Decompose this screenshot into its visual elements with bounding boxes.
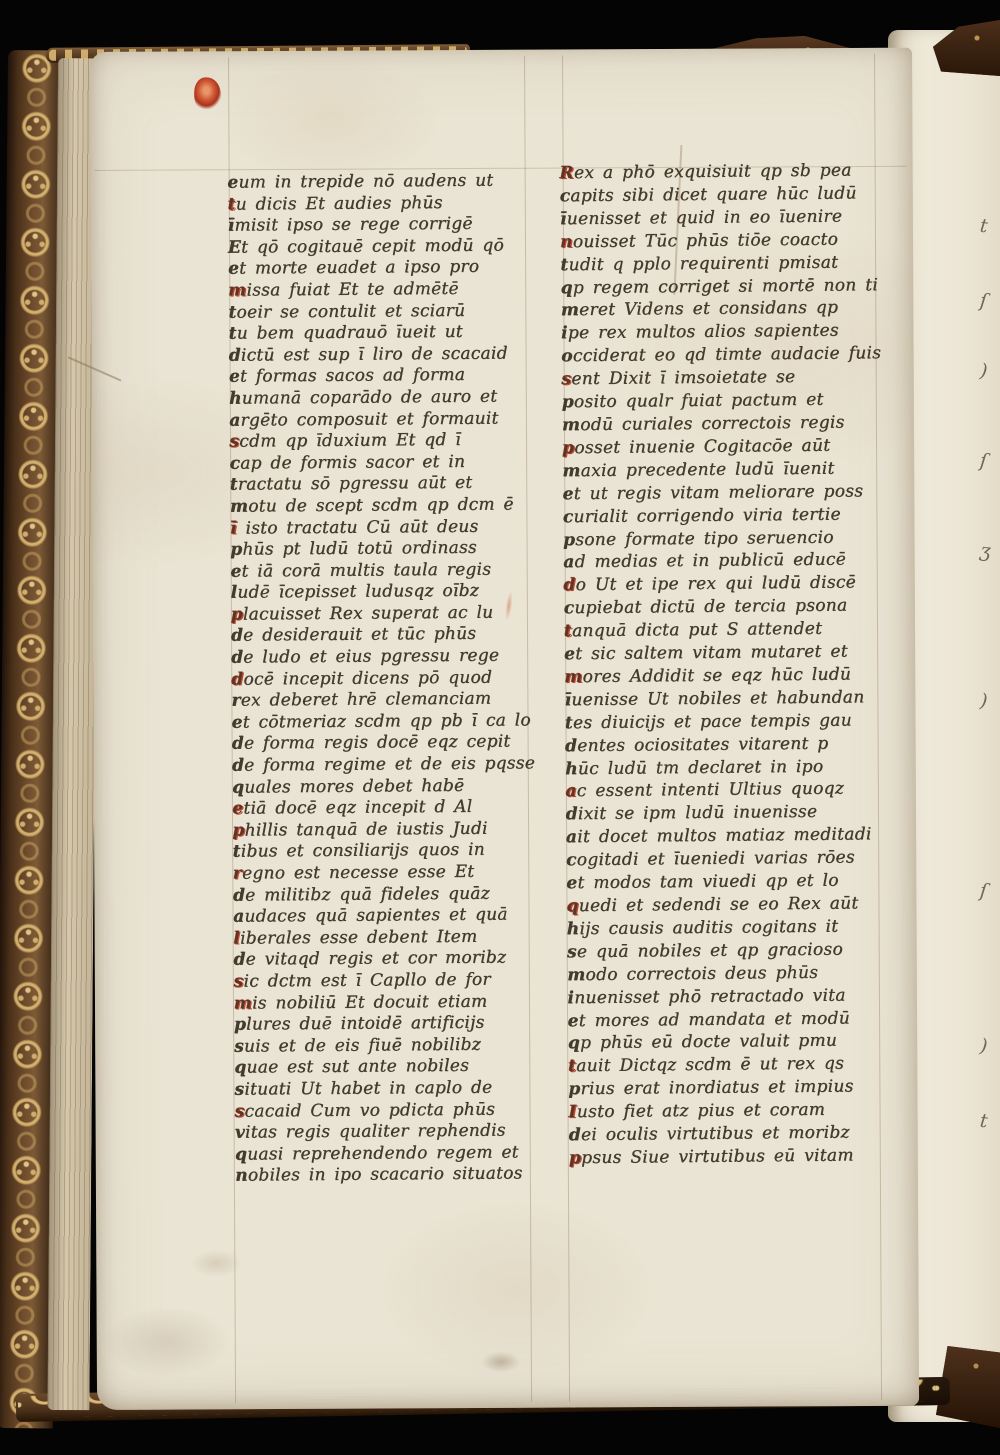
manuscript-text-line: nobiles in ipo scacario situatos <box>235 1164 538 1188</box>
manuscript-text-line: ac essent intenti Ultius quoqz <box>565 778 885 804</box>
line-initial: a <box>566 827 578 847</box>
line-initial: e <box>568 1011 579 1031</box>
manuscript-text-line: et sic saltem vitam mutaret et <box>564 640 884 666</box>
line-initial: a <box>229 410 240 430</box>
manuscript-text-line: et formas sacos ad forma <box>229 365 532 389</box>
rubricated-initial: s <box>229 432 239 452</box>
manuscript-text-line: qp regem corriget si mortē non ti <box>560 274 880 300</box>
line-initial: p <box>563 530 575 550</box>
facing-page-text-fragment: t <box>979 1110 989 1133</box>
manuscript-text-line: et morte euadet a ipso pro <box>228 257 531 281</box>
line-initial: c <box>566 850 577 870</box>
line-initial: p <box>568 1079 580 1099</box>
line-initial: e <box>229 367 240 387</box>
line-initial: d <box>565 736 577 756</box>
manuscript-text-line: quae est sut ante nobiles <box>234 1056 537 1080</box>
manuscript-text-line: de forma regime et de eis pqsse <box>232 753 535 777</box>
line-initial: m <box>562 415 580 435</box>
rubricated-initial: t <box>568 1056 576 1076</box>
manuscript-text-line: tu bem quadrauō īueit ut <box>228 321 531 345</box>
facing-page-text-fragment: ſ <box>979 450 988 473</box>
manuscript-text-line: tanquā dicta put S attendet <box>564 617 884 643</box>
facing-page-text-fragment: ) <box>979 1035 989 1058</box>
rubricated-initial: p <box>232 820 244 840</box>
line-initial: p <box>562 392 574 412</box>
manuscript-text-line: modo correctois deus phūs <box>567 961 887 987</box>
manuscript-text-line: de forma regis docē eqz cepit <box>232 732 535 756</box>
manuscript-text-line: placuisset Rex superat ac lu <box>231 602 534 626</box>
manuscript-text-line: posito qualr fuiat pactum et <box>562 388 882 414</box>
manuscript-text-line: eum in trepide nō audens ut <box>227 170 530 194</box>
manuscript-text-line: maxia precedente ludū īuenit <box>562 457 882 483</box>
rubricated-initial: l <box>233 928 240 948</box>
facing-page-text-fragment: ſ <box>979 880 988 903</box>
line-initial: i <box>561 324 568 344</box>
rubricated-initial: p <box>569 1148 581 1168</box>
text-column-right: Rex a phō exquisiuit qp sb peacapits sib… <box>559 159 889 1170</box>
manuscript-text-line: ppsus Siue virtutibus eū vitam <box>569 1144 889 1170</box>
rubricated-initial: m <box>234 993 252 1013</box>
manuscript-text-line: audaces quā sapientes et quā <box>233 904 536 928</box>
rubricated-initial: q <box>566 896 578 916</box>
rubricated-initial: p <box>562 438 574 458</box>
red-wax-drop <box>194 77 221 112</box>
manuscript-text-line: se quā nobiles et qp gracioso <box>567 938 887 964</box>
facing-page-text-fragment: ſ <box>979 290 988 313</box>
line-initial: q <box>568 1034 580 1054</box>
line-initial: t <box>565 713 573 733</box>
manuscript-text-line: rex deberet hrē clemanciam <box>231 689 534 713</box>
manuscript-text-line: capits sibi dicet quare hūc ludū <box>560 182 880 208</box>
line-initial: ī <box>228 216 235 236</box>
rubricated-initial: p <box>231 604 243 624</box>
line-initial: s <box>567 942 577 962</box>
rubricated-initial: a <box>565 782 577 802</box>
manuscript-text-line: quedi et sedendi se eo Rex aūt <box>566 892 886 918</box>
rubricated-initial: e <box>232 799 243 819</box>
manuscript-text-line: mis nobiliū Et docuit etiam <box>234 991 537 1015</box>
manuscript-text-line: humanā coparādo de auro et <box>229 386 532 410</box>
manuscript-text-line: cap de formis sacor et in <box>230 451 533 475</box>
photograph-of-manuscript: tſ)ſʒ)ſ)t eum in trepide nō audens uttu … <box>0 0 1000 1455</box>
line-initial: i <box>567 988 574 1008</box>
line-initial: t <box>233 842 241 862</box>
manuscript-text-line: do Ut et ipe rex qui ludū discē <box>563 571 883 597</box>
line-initial: e <box>228 259 239 279</box>
line-initial: d <box>566 804 578 824</box>
manuscript-text-line: dei oculis virtutibus et moribz <box>569 1121 889 1147</box>
line-initial: r <box>231 691 240 711</box>
manuscript-text-line: ipe rex multos alios sapientes <box>561 320 881 346</box>
manuscript-text-line: mores Addidit se eqz hūc ludū <box>564 663 884 689</box>
line-initial: a <box>563 553 575 573</box>
manuscript-text-line: īmisit ipso se rege corrigē <box>228 213 531 237</box>
line-initial: h <box>567 919 580 939</box>
manuscript-text-line: ī isto tractatu Cū aūt deus <box>230 516 533 540</box>
manuscript-text-line: de ludo et eius pgressu rege <box>231 645 534 669</box>
line-initial: q <box>232 777 244 797</box>
line-initial: t <box>228 324 236 344</box>
line-initial: s <box>234 1036 244 1056</box>
manuscript-text-line: toeir se contulit et sciarū <box>228 300 531 324</box>
rubricated-initial: m <box>564 667 582 687</box>
manuscript-text-line: īuenisse Ut nobiles et habundan <box>564 686 884 712</box>
manuscript-text-line: regno est necesse esse Et <box>233 861 536 885</box>
line-initial: c <box>560 186 571 206</box>
line-initial: m <box>562 461 580 481</box>
manuscript-text-line: argēto composuit et formauit <box>229 408 532 432</box>
line-initial: ī <box>564 690 571 710</box>
manuscript-text-line: scdm qp īduxium Et qd ī <box>229 429 532 453</box>
line-initial: e <box>232 712 243 732</box>
manuscript-text-line: tauit Dictqz scdm ē ut rex qs <box>568 1052 888 1078</box>
line-initial: p <box>234 1015 246 1035</box>
text-column-left: eum in trepide nō audens uttu dicis Et a… <box>227 170 538 1187</box>
manuscript-text-line: etiā docē eqz incepit d Al <box>232 797 535 821</box>
line-initial: e <box>564 644 575 664</box>
facing-page-text-fragment: ) <box>979 690 989 713</box>
line-initial: d <box>232 734 244 754</box>
line-initial: m <box>230 496 248 516</box>
line-initial: h <box>229 389 242 409</box>
manuscript-text-line: modū curiales correctois regis <box>562 411 882 437</box>
line-initial: d <box>569 1125 581 1145</box>
rubricated-initial: I <box>568 1102 576 1122</box>
manuscript-text-line: ludē īcepisset ludusqz oībz <box>231 581 534 605</box>
manuscript-text-line: tractatu sō pgressu aūt et <box>230 473 533 497</box>
facing-page-text-fragment: t <box>979 215 989 238</box>
manuscript-text-line: Rex a phō exquisiuit qp sb pea <box>559 159 879 185</box>
line-initial: v <box>235 1123 245 1143</box>
manuscript-text-line: prius erat inordiatus et impius <box>568 1075 888 1101</box>
manuscript-text-line: missa fuiat Et te admētē <box>228 278 531 302</box>
line-initial: ī <box>560 209 567 229</box>
line-initial: c <box>563 507 574 527</box>
manuscript-text-line: tudit q pplo requirenti pmisat <box>560 251 880 277</box>
line-initial: q <box>560 278 572 298</box>
rubricated-initial: s <box>234 972 244 992</box>
line-initial: q <box>235 1144 247 1164</box>
manuscript-text-line: dixit se ipm ludū inuenisse <box>566 801 886 827</box>
rubricated-initial: R <box>559 163 574 183</box>
manuscript-text-line: vitas regis qualiter rephendis <box>235 1120 538 1144</box>
line-initial: s <box>234 1080 244 1100</box>
manuscript-text-line: īuenisset et quid in eo īuenire <box>560 205 880 231</box>
line-initial: e <box>566 873 577 893</box>
line-initial: a <box>233 907 244 927</box>
manuscript-text-line: phillis tanquā de iustis Judi <box>232 818 535 842</box>
parchment-page: eum in trepide nō audens uttu dicis Et a… <box>90 48 919 1410</box>
manuscript-text-line: ad medias et in publicū educē <box>563 549 883 575</box>
rubricated-initial: d <box>231 669 243 689</box>
manuscript-text-line: tibus et consiliarijs quos in <box>233 840 536 864</box>
manuscript-text-line: tes diuicijs et pace tempis gau <box>565 709 885 735</box>
manuscript-text-line: quales mores debet habē <box>232 775 535 799</box>
line-initial: t <box>560 255 568 275</box>
rubricated-initial: r <box>233 864 242 884</box>
line-initial: m <box>567 965 585 985</box>
facing-page-text-fragment: ʒ <box>979 539 992 562</box>
line-initial: d <box>231 626 243 646</box>
line-initial: d <box>229 345 241 365</box>
rubricated-initial: t <box>227 194 235 214</box>
manuscript-text-line: de vitaqd regis et cor moribz <box>233 948 536 972</box>
manuscript-text-line: occiderat eo qd timte audacie fuis <box>561 342 881 368</box>
line-initial: d <box>233 950 245 970</box>
manuscript-text-line: phūs pt ludū totū ordinass <box>230 537 533 561</box>
manuscript-text-line: de desiderauit et tūc phūs <box>231 624 534 648</box>
manuscript-text-line: et cōtmeriaz scdm qp pb ī ca lo <box>232 710 535 734</box>
manuscript-text-line: sic dctm est ī Capllo de for <box>234 969 537 993</box>
line-initial: m <box>561 301 579 321</box>
rubricated-initial: n <box>560 232 573 252</box>
line-initial: n <box>235 1166 248 1186</box>
line-initial: d <box>231 648 243 668</box>
manuscript-text-line: cupiebat dictū de tercia psona <box>564 594 884 620</box>
line-initial: t <box>228 302 236 322</box>
manuscript-text-line: inuenisset phō retractado vita <box>567 984 887 1010</box>
manuscript-text-line: tu dicis Et audies phūs <box>227 192 530 216</box>
rubricated-initial: d <box>563 575 575 595</box>
manuscript-text-line: dictū est sup ī liro de scacaid <box>229 343 532 367</box>
manuscript-text-line: Et qō cogitauē cepit modū qō <box>228 235 531 259</box>
manuscript-text-line: scacaid Cum vo pdicta phūs <box>235 1099 538 1123</box>
manuscript-text-line: suis et de eis fiuē nobilibz <box>234 1034 537 1058</box>
manuscript-text-line: meret Videns et considans qp <box>561 297 881 323</box>
manuscript-text-line: et modos tam viuedi qp et lo <box>566 869 886 895</box>
manuscript-text-line: qp phūs eū docte valuit pmu <box>568 1030 888 1056</box>
manuscript-text-line: plures duē intoidē artificijs <box>234 1012 537 1036</box>
manuscript-text-line: motu de scept scdm qp dcm ē <box>230 494 533 518</box>
rubricated-initial: t <box>564 621 572 641</box>
manuscript-text-line: et iā corā multis taula regis <box>230 559 533 583</box>
line-initial: d <box>232 756 244 776</box>
leather-binding-top-right-corner <box>933 20 1000 76</box>
line-initial: h <box>565 759 578 779</box>
manuscript-text-line: quasi reprehendendo regem et <box>235 1142 538 1166</box>
manuscript-text-line: ait docet multos matiaz meditadi <box>566 823 886 849</box>
line-initial: t <box>230 475 238 495</box>
manuscript-text-line: psone formate tipo seruencio <box>563 526 883 552</box>
manuscript-text-line: situati Ut habet in caplo de <box>234 1077 537 1101</box>
facing-page-text-fragment: ) <box>979 360 989 383</box>
manuscript-text-line: Iusto fiet atz pius et coram <box>568 1098 888 1124</box>
line-initial: e <box>230 561 241 581</box>
manuscript-text-line: liberales esse debent Item <box>233 926 536 950</box>
line-initial: c <box>564 598 575 618</box>
manuscript-text-line: docē incepit dicens pō quod <box>231 667 534 691</box>
manuscript-text-line: nouisset Tūc phūs tiōe coacto <box>560 228 880 254</box>
rubricated-initial: s <box>235 1101 245 1121</box>
manuscript-text-line: dentes ociositates vitarent p <box>565 732 885 758</box>
manuscript-text-line: hūc ludū tm declaret in ipo <box>565 755 885 781</box>
line-initial: q <box>234 1058 246 1078</box>
rubricated-initial: m <box>228 281 246 301</box>
rubricated-initial: ī <box>230 518 237 538</box>
manuscript-text-line: hijs causis auditis cogitans it <box>567 915 887 941</box>
line-initial: o <box>561 346 573 366</box>
line-initial: e <box>562 484 573 504</box>
manuscript-text-line: et ut regis vitam meliorare poss <box>562 480 882 506</box>
line-initial: l <box>231 583 238 603</box>
line-initial: c <box>230 453 241 473</box>
line-initial: e <box>227 173 238 193</box>
rubricated-initial: s <box>561 369 571 389</box>
line-initial: E <box>228 237 241 257</box>
line-initial: p <box>230 540 242 560</box>
manuscript-text-line: posset inuenie Cogitacōe aūt <box>562 434 882 460</box>
manuscript-text-line: sent Dixit ī imsoietate se <box>561 365 881 391</box>
manuscript-text-line: de militibz quā fideles quāz <box>233 883 536 907</box>
line-initial: d <box>233 885 245 905</box>
manuscript-text-line: cogitadi et īueniedi varias rōes <box>566 846 886 872</box>
manuscript-text-line: curialit corrigendo viria tertie <box>563 503 883 529</box>
manuscript-text-line: et mores ad mandata et modū <box>568 1007 888 1033</box>
